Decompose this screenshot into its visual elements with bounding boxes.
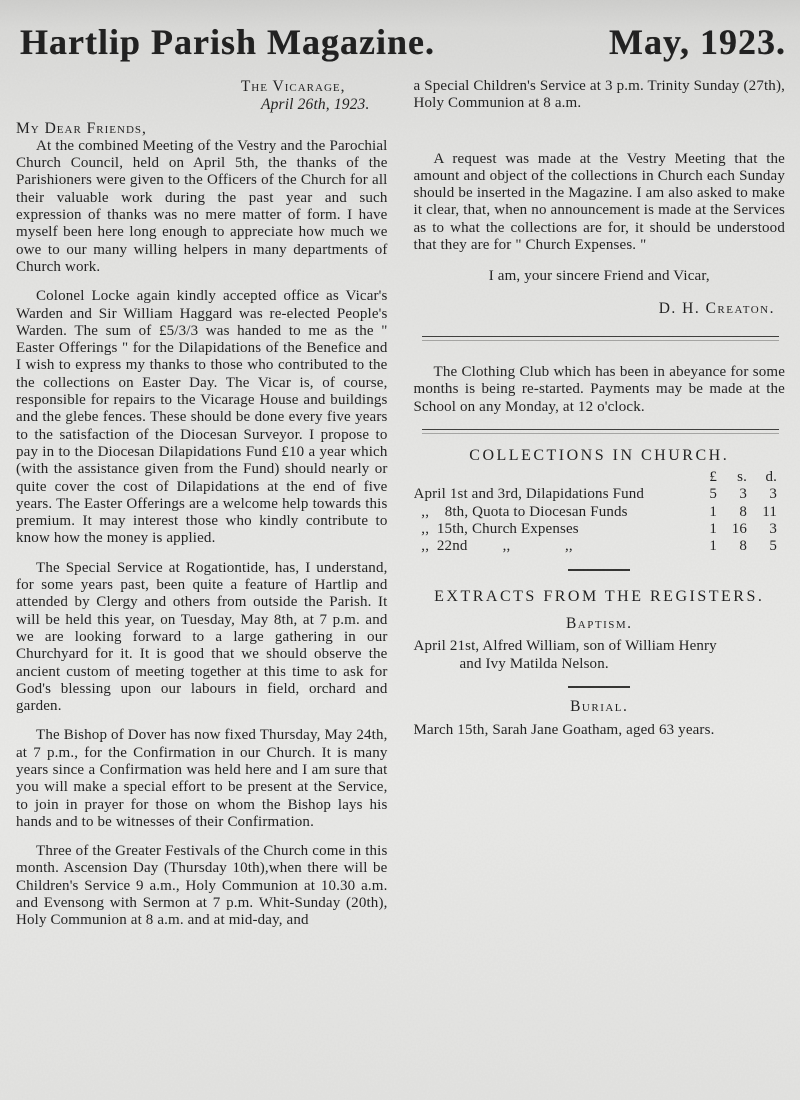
collection-pence: 3 xyxy=(747,486,777,503)
baptism-heading: Baptism. xyxy=(414,615,786,632)
issue-date: May, 1923. xyxy=(609,24,786,60)
collections-column-headers: £ s. d. xyxy=(414,469,786,486)
letter-valediction: I am, your sincere Friend and Vicar, xyxy=(414,268,786,285)
collection-pence: 11 xyxy=(747,504,777,521)
collection-row-label: ,, 15th, Church Expenses xyxy=(414,521,688,538)
collection-row-label: ,, 22nd ,, ,, xyxy=(414,538,688,555)
divider-double-rule xyxy=(422,336,780,341)
divider-double-rule xyxy=(422,429,780,434)
collection-row-label: April 1st and 3rd, Dilapidations Fund xyxy=(414,486,688,503)
collection-pounds: 5 xyxy=(687,486,717,503)
burial-entry: March 15th, Sarah Jane Goatham, aged 63 … xyxy=(414,722,786,739)
collections-table-row: April 1st and 3rd, Dilapidations Fund 5 … xyxy=(414,486,786,503)
baptism-entry: April 21st, Alfred William, son of Willi… xyxy=(414,638,786,673)
letter-date: April 26th, 1923. xyxy=(16,96,388,113)
column-header-pence: d. xyxy=(747,469,777,486)
magazine-page: Hartlip Parish Magazine. May, 1923. The … xyxy=(0,0,800,1100)
letter-paragraph-confirmation: The Bishop of Dover has now fixed Thursd… xyxy=(16,727,388,831)
column-header-shillings: s. xyxy=(717,469,747,486)
divider-short-rule xyxy=(568,686,630,688)
collections-table-row: ,, 15th, Church Expenses 1 16 3 xyxy=(414,521,786,538)
collections-heading: COLLECTIONS IN CHURCH. xyxy=(414,447,786,464)
collection-pence: 5 xyxy=(747,538,777,555)
letter-paragraph-wardens-offerings: Colonel Locke again kindly accepted offi… xyxy=(16,288,388,547)
spacer xyxy=(414,125,786,151)
letter-paragraph-rogationtide: The Special Service at Rogationtide, has… xyxy=(16,560,388,716)
clothing-club-notice: The Clothing Club which has been in abey… xyxy=(414,364,786,416)
column-header-pounds: £ xyxy=(687,469,717,486)
letter-salutation: My Dear Friends, xyxy=(16,120,388,137)
column-container: The Vicarage, April 26th, 1923. My Dear … xyxy=(0,60,800,930)
masthead: Hartlip Parish Magazine. May, 1923. xyxy=(0,0,800,60)
page-title: Hartlip Parish Magazine. xyxy=(20,24,435,60)
collection-shillings: 8 xyxy=(717,504,747,521)
collection-pounds: 1 xyxy=(687,504,717,521)
letter-paragraph-collections-request: A request was made at the Vestry Meeting… xyxy=(414,151,786,255)
collection-pence: 3 xyxy=(747,521,777,538)
collection-pounds: 1 xyxy=(687,538,717,555)
letter-signature: D. H. Creaton. xyxy=(414,300,786,317)
collection-row-label: ,, 8th, Quota to Diocesan Funds xyxy=(414,504,688,521)
collection-pounds: 1 xyxy=(687,521,717,538)
registers-heading: EXTRACTS FROM THE REGISTERS. xyxy=(414,588,786,605)
collections-table-row: ,, 22nd ,, ,, 1 8 5 xyxy=(414,538,786,555)
collections-table-row: ,, 8th, Quota to Diocesan Funds 1 8 11 xyxy=(414,504,786,521)
right-column: a Special Children's Service at 3 p.m. T… xyxy=(414,78,786,930)
letter-address: The Vicarage, xyxy=(16,78,388,95)
letter-paragraph-festivals-continued: a Special Children's Service at 3 p.m. T… xyxy=(414,78,786,113)
collection-shillings: 8 xyxy=(717,538,747,555)
burial-heading: Burial. xyxy=(414,698,786,715)
baptism-entry-line: and Ivy Matilda Nelson. xyxy=(414,656,786,673)
divider-short-rule xyxy=(568,569,630,571)
collection-shillings: 16 xyxy=(717,521,747,538)
letter-paragraph-vestry-thanks: At the combined Meeting of the Vestry an… xyxy=(16,138,388,276)
collection-shillings: 3 xyxy=(717,486,747,503)
baptism-entry-line: April 21st, Alfred William, son of Willi… xyxy=(414,638,786,655)
letter-paragraph-festivals: Three of the Greater Festivals of the Ch… xyxy=(16,843,388,929)
left-column: The Vicarage, April 26th, 1923. My Dear … xyxy=(16,78,388,930)
